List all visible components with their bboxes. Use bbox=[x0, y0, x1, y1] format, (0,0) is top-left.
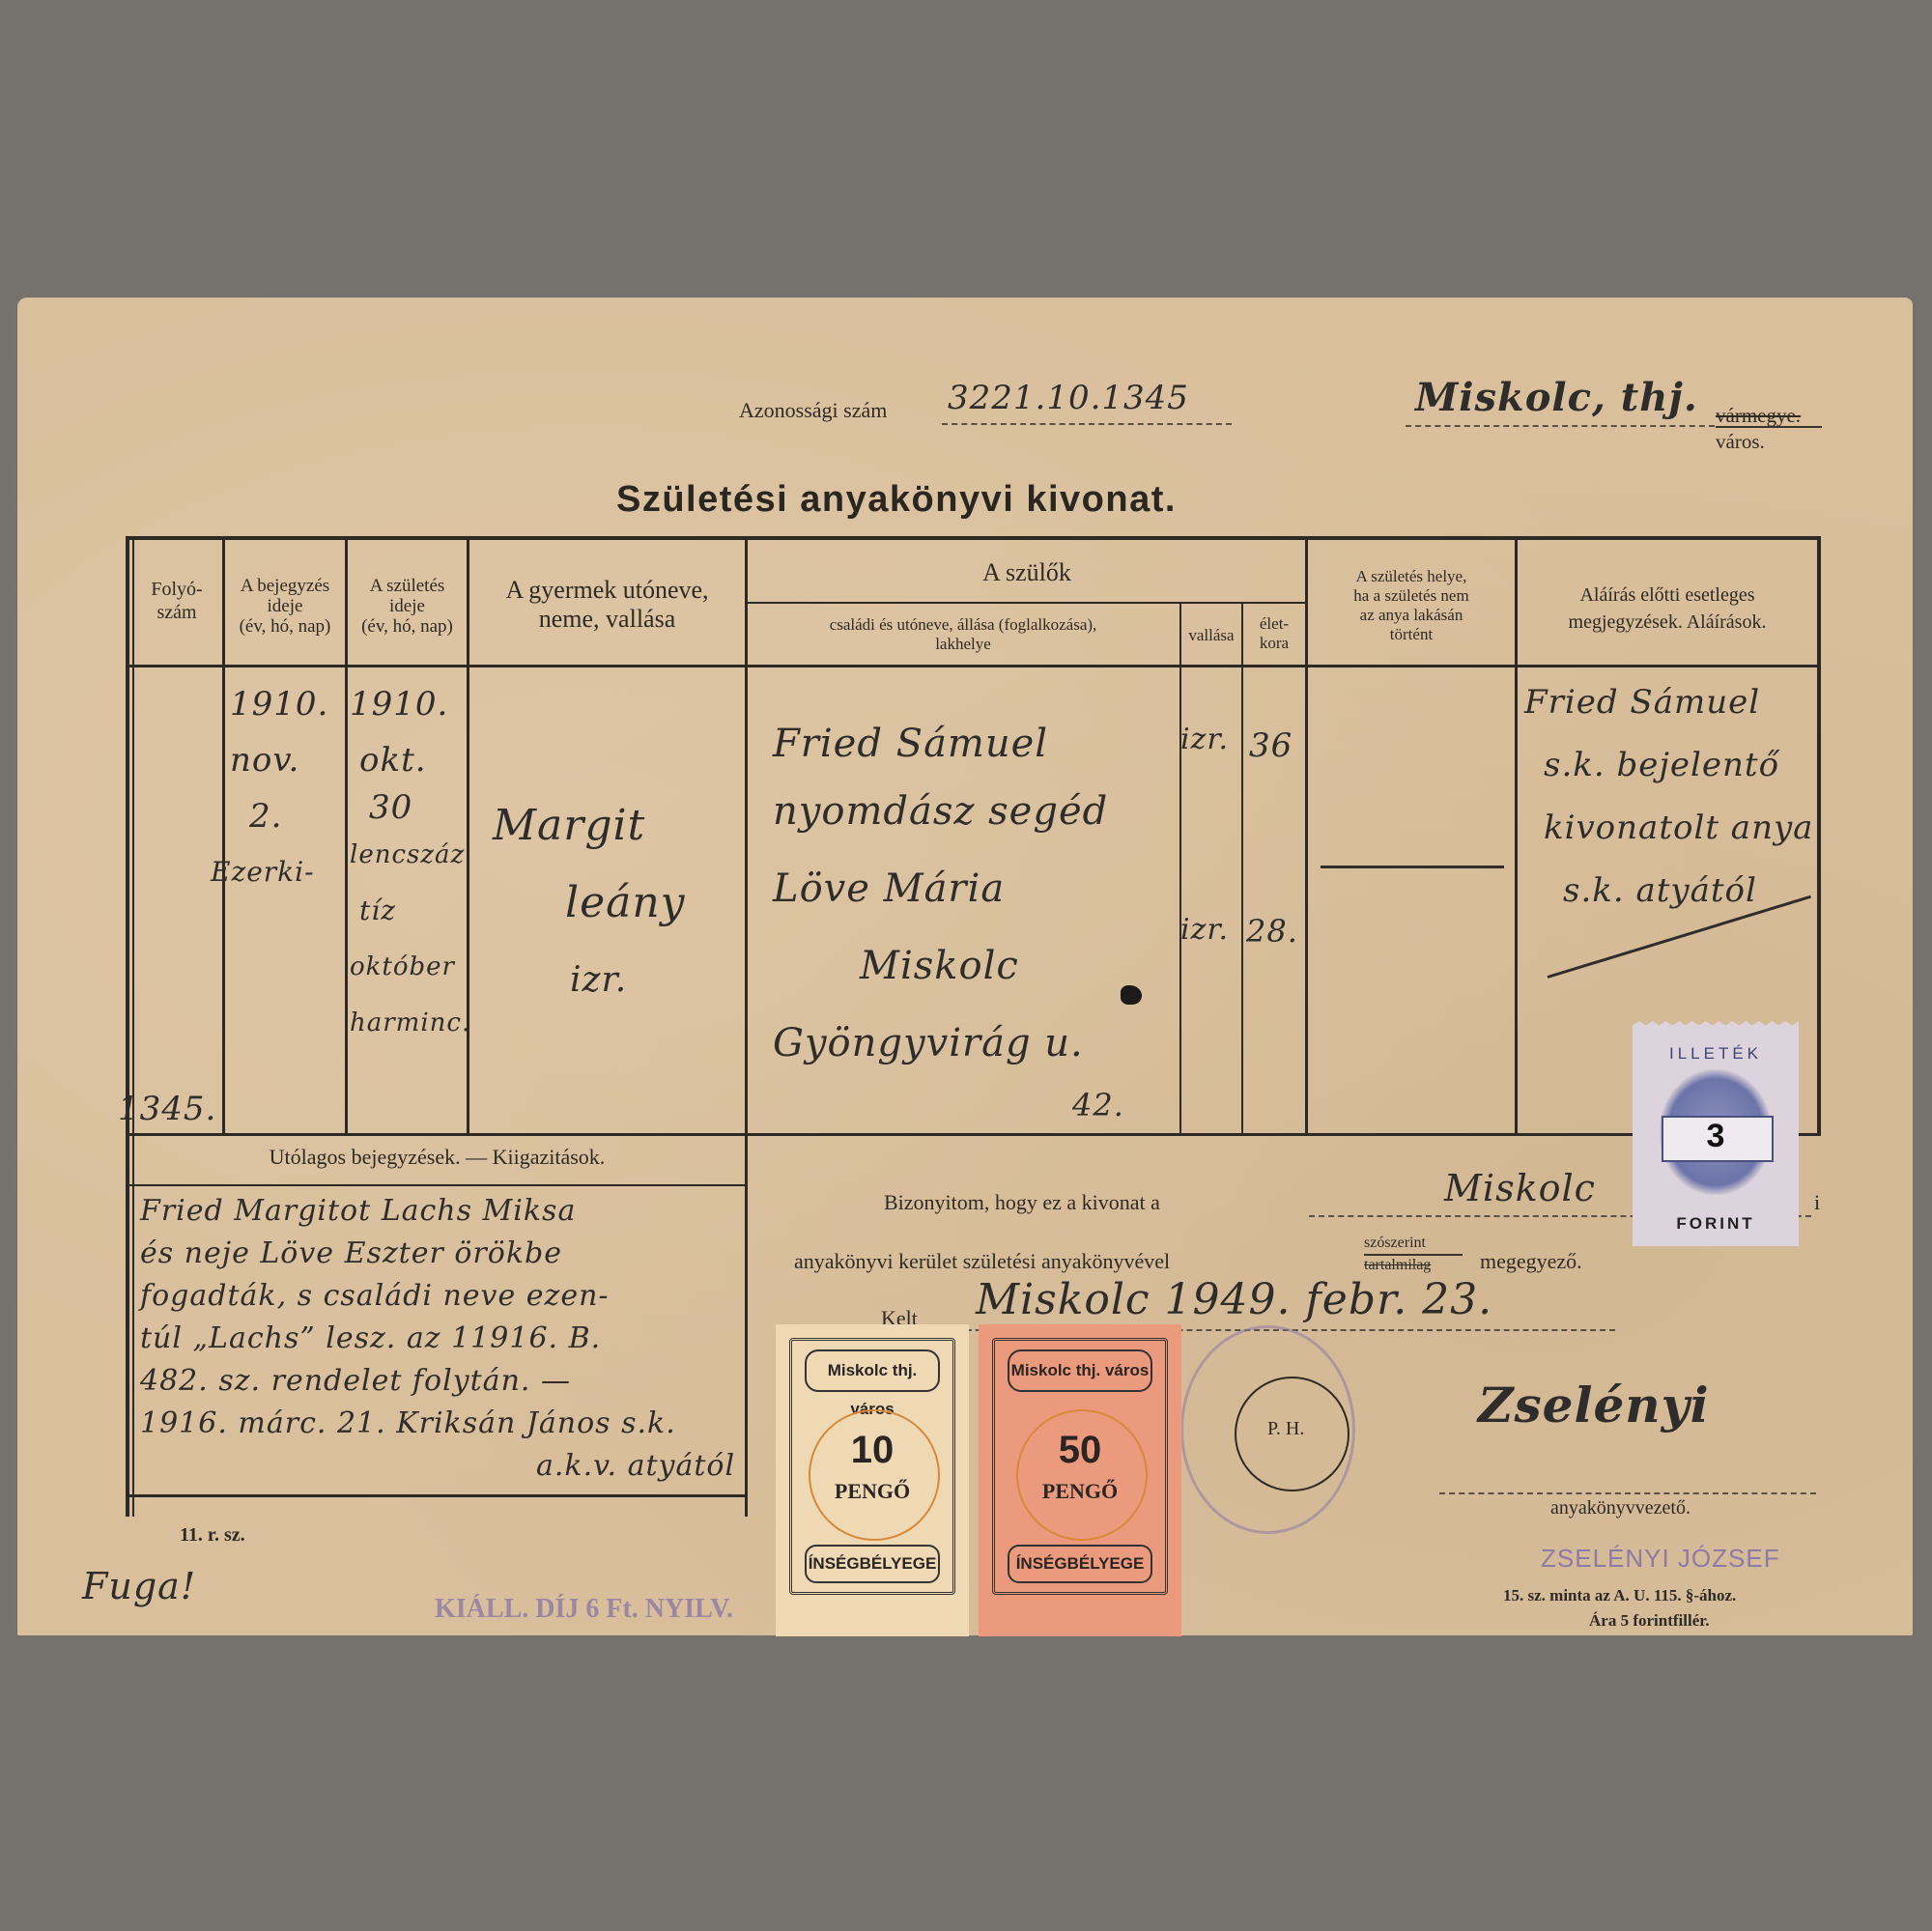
birth-date: 1910. okt. 30 lencszáz tíz október harmi… bbox=[350, 676, 470, 1051]
residence-number: 42. bbox=[1072, 1087, 1124, 1123]
form-note: 15. sz. minta az A. U. 115. §-ához. bbox=[1503, 1586, 1736, 1605]
col-div-religion bbox=[1179, 604, 1181, 1135]
cell-text: nov. bbox=[230, 732, 328, 788]
city-label: város. bbox=[1716, 430, 1765, 454]
illetek-value: 3 bbox=[1633, 1118, 1799, 1155]
option-struck: tartalmilag bbox=[1364, 1257, 1431, 1274]
header-text: lakhelye bbox=[747, 635, 1179, 654]
cell-text: Fried Sámuel bbox=[1524, 671, 1813, 734]
header-text: történt bbox=[1308, 625, 1515, 644]
id-value: 3221.10.1345 bbox=[948, 379, 1189, 417]
header-text: kora bbox=[1243, 634, 1305, 653]
table-left-border bbox=[126, 536, 129, 1517]
registrar-signature: Zselényi bbox=[1478, 1377, 1710, 1434]
cell-text: Fried Sámuel bbox=[773, 710, 1108, 778]
father-religion: izr. bbox=[1180, 723, 1229, 756]
header-text: ideje bbox=[348, 596, 467, 616]
header-text: A születés bbox=[348, 576, 467, 596]
mother-age: 28. bbox=[1246, 913, 1298, 950]
handwritten-note: Fuga! bbox=[82, 1565, 196, 1607]
stamp-currency: PENGŐ bbox=[979, 1479, 1181, 1504]
header-text: A születés helye, bbox=[1308, 567, 1515, 586]
table-body-bottom bbox=[129, 1133, 1821, 1136]
col-div-age bbox=[1241, 604, 1243, 1135]
cell-text: harminc. bbox=[350, 995, 470, 1051]
later-entries-text: Fried Margitot Lachs Miksa és neje Löve … bbox=[140, 1190, 735, 1488]
stamp-currency: PENGŐ bbox=[776, 1479, 969, 1504]
fee-stamp: KIÁLL. DÍJ 6 Ft. NYILV. bbox=[435, 1594, 733, 1625]
entry-line: 482. sz. rendelet folytán. — bbox=[140, 1360, 735, 1403]
parents-info: Fried Sámuel nyomdász segéd Löve Mária M… bbox=[773, 710, 1108, 1077]
stamp-label: ÍNSÉGBÉLYEGE bbox=[805, 1545, 940, 1583]
serial-number: 1345. bbox=[118, 1090, 216, 1128]
cell-text: 2. bbox=[230, 788, 328, 844]
header-text: neme, vallása bbox=[469, 605, 745, 634]
insegbelyeg-stamp-50: Miskolc thj. város 50 PENGŐ ÍNSÉGBÉLYEGE bbox=[979, 1324, 1181, 1636]
header-serial: Folyó-szám bbox=[131, 578, 222, 624]
location-field: Miskolc, thj. bbox=[1406, 386, 1715, 427]
header-text: ha a születés nem bbox=[1308, 586, 1515, 606]
cert-district: Miskolc bbox=[1444, 1167, 1596, 1209]
header-bottom-border bbox=[126, 665, 1821, 667]
header-parents-religion: vallása bbox=[1181, 625, 1241, 645]
later-entries-bottom bbox=[129, 1494, 745, 1497]
header-text: megjegyzések. Aláírások. bbox=[1518, 609, 1817, 636]
cell-text: Löve Mária bbox=[773, 855, 1108, 923]
id-field: 3221.10.1345 bbox=[942, 386, 1232, 425]
header-text: Aláírás előtti esetleges bbox=[1518, 582, 1817, 609]
later-entries-divider bbox=[129, 1184, 745, 1186]
mother-religion: izr. bbox=[1180, 913, 1229, 947]
header-remarks: Aláírás előtti esetleges megjegyzések. A… bbox=[1518, 582, 1817, 636]
stamp-city: Miskolc thj. város bbox=[1008, 1349, 1152, 1392]
cell-text: izr. bbox=[493, 942, 686, 1019]
header-registration-date: A bejegyzés ideje (év, hó, nap) bbox=[225, 576, 345, 637]
header-text: családi és utóneve, állása (foglalkozása… bbox=[747, 615, 1179, 635]
cell-text: Gyöngyvirág u. bbox=[773, 1009, 1108, 1077]
illetek-bottom: FORINT bbox=[1633, 1214, 1799, 1234]
cell-text: leány bbox=[493, 865, 686, 942]
header-parents-name: családi és utóneve, állása (foglalkozása… bbox=[747, 615, 1179, 654]
entry-line: 1916. márc. 21. Kriksán János s.k. bbox=[140, 1403, 735, 1445]
table-left-border-inner bbox=[132, 536, 134, 1517]
header-text: az anya lakásán bbox=[1308, 606, 1515, 625]
cell-text: Margit bbox=[493, 787, 686, 865]
role-label: anyakönyvvezető. bbox=[1550, 1497, 1690, 1519]
fraction-line bbox=[1716, 426, 1822, 428]
signature-line bbox=[1439, 1492, 1816, 1494]
stamp-value: 10 bbox=[776, 1429, 969, 1472]
stamp-value: 50 bbox=[979, 1429, 1181, 1472]
insegbelyeg-stamp-10: Miskolc thj. város 10 PENGŐ ÍNSÉGBÉLYEGE bbox=[776, 1324, 969, 1636]
table-top-border bbox=[126, 536, 1821, 540]
entry-line: Fried Margitot Lachs Miksa bbox=[140, 1190, 735, 1233]
header-text: A gyermek utóneve, bbox=[469, 576, 745, 605]
kelt-value: Miskolc 1949. febr. 23. bbox=[976, 1275, 1492, 1324]
name-stamp: ZSELÉNYI JÓZSEF bbox=[1541, 1544, 1780, 1574]
ink-blot bbox=[1121, 985, 1142, 1005]
illetek-top: ILLETÉK bbox=[1633, 1044, 1799, 1064]
cell-text: október bbox=[350, 939, 470, 995]
cell-text: s.k. atyától bbox=[1524, 860, 1813, 923]
cell-text: s.k. bejelentő bbox=[1524, 734, 1813, 797]
stamp-city: Miskolc thj. város bbox=[805, 1349, 940, 1392]
option-divider bbox=[1364, 1254, 1463, 1256]
remarks-signatures: Fried Sámuel s.k. bejelentő kivonatolt a… bbox=[1524, 671, 1813, 923]
header-text: ideje bbox=[225, 596, 345, 616]
page-title: Születési anyakönyvi kivonat. bbox=[616, 479, 1177, 521]
stamp-label: ÍNSÉGBÉLYEGE bbox=[1008, 1545, 1152, 1583]
cell-text: tíz bbox=[350, 883, 470, 939]
header-birth-date: A születés ideje (év, hó, nap) bbox=[348, 576, 467, 637]
form-code: 11. r. sz. bbox=[180, 1524, 245, 1547]
cell-text: nyomdász segéd bbox=[773, 778, 1108, 845]
header-birthplace: A születés helye, ha a születés nem az a… bbox=[1308, 567, 1515, 644]
location-handwritten: Miskolc, thj. bbox=[1415, 375, 1698, 420]
header-parents-age: élet- kora bbox=[1243, 614, 1305, 653]
cell-text: kivonatolt anya bbox=[1524, 797, 1813, 860]
entry-line: fogadták, s családi neve ezen- bbox=[140, 1275, 735, 1318]
header-text: élet- bbox=[1243, 614, 1305, 634]
entry-line: túl „Lachs” lesz. az 11916. B. bbox=[140, 1318, 735, 1360]
child-name: Margit leány izr. bbox=[493, 787, 686, 1019]
cell-text: 1910. bbox=[230, 676, 328, 732]
cert-line2-prefix: anyakönyvi kerület születési anyakönyvév… bbox=[794, 1249, 1170, 1274]
table-right-border bbox=[1817, 536, 1821, 1135]
county-struck: vármegye. bbox=[1716, 406, 1801, 425]
cell-text: 30 bbox=[350, 788, 470, 827]
cell-text: lencszáz bbox=[350, 827, 470, 883]
birthplace-dash bbox=[1321, 866, 1504, 868]
option-kept: szószerint bbox=[1364, 1235, 1426, 1252]
father-age: 36 bbox=[1249, 726, 1293, 765]
header-text: A bejegyzés bbox=[225, 576, 345, 596]
header-parents: A szülők bbox=[747, 562, 1307, 582]
cell-text: 1910. bbox=[350, 676, 470, 732]
parents-subdivider bbox=[747, 602, 1307, 604]
illetek-stamp: ILLETÉK 3 FORINT bbox=[1633, 1021, 1799, 1246]
price-note: Ára 5 forintfillér. bbox=[1589, 1611, 1709, 1631]
entry-line: és neje Löve Eszter örökbe bbox=[140, 1233, 735, 1275]
later-entries-header: Utólagos bejegyzések. — Kiigazitások. bbox=[129, 1145, 745, 1170]
cell-text: Miskolc bbox=[773, 932, 1108, 1000]
registration-date: 1910. nov. 2. Ezerki- bbox=[230, 676, 328, 900]
cert-line1-prefix: Bizonyitom, hogy ez a kivonat a bbox=[884, 1190, 1160, 1215]
cell-text: okt. bbox=[350, 732, 470, 788]
cert-line2-suffix: megegyező. bbox=[1480, 1249, 1582, 1274]
header-child: A gyermek utóneve, neme, vallása bbox=[469, 576, 745, 634]
col-div-4 bbox=[745, 538, 748, 1517]
header-text: (év, hó, nap) bbox=[348, 616, 467, 637]
cert-line1-suffix: i bbox=[1814, 1190, 1820, 1215]
id-label: Azonossági szám bbox=[739, 398, 887, 423]
seal-label: P. H. bbox=[1267, 1418, 1304, 1440]
cell-text: Ezerki- bbox=[211, 844, 328, 900]
header-text: (év, hó, nap) bbox=[225, 616, 345, 637]
entry-line: a.k.v. atyától bbox=[140, 1445, 735, 1488]
